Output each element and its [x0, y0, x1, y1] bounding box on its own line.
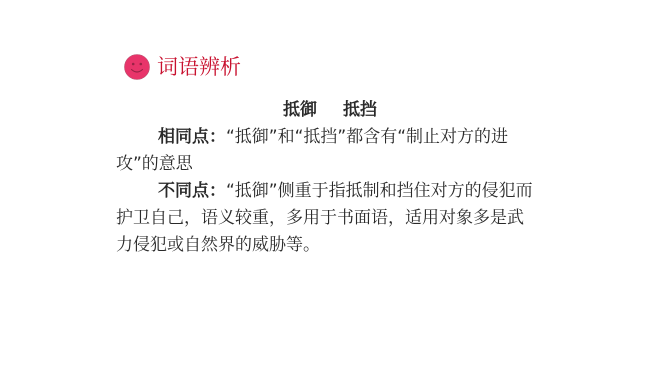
similarity-label: 相同点： [158, 127, 226, 147]
similarity-paragraph: 相同点：“抵御”和“抵挡”都含有“制止对方的进攻”的意思 [116, 124, 536, 178]
section-title: 词语辨析 [157, 52, 241, 82]
word-a: 抵御 [283, 100, 317, 120]
difference-label: 不同点： [158, 181, 226, 201]
word-b: 抵挡 [343, 100, 377, 120]
difference-paragraph: 不同点：“抵御”侧重于指抵制和挡住对方的侵犯而护卫自己，语义较重，多用于书面语，… [116, 178, 536, 259]
word-pair-heading: 抵御抵挡 [116, 97, 536, 124]
smiley-face-icon [124, 54, 150, 80]
word-comparison: 抵御抵挡 相同点：“抵御”和“抵挡”都含有“制止对方的进攻”的意思 不同点：“抵… [116, 97, 536, 259]
section-header: 词语辨析 [124, 52, 241, 82]
